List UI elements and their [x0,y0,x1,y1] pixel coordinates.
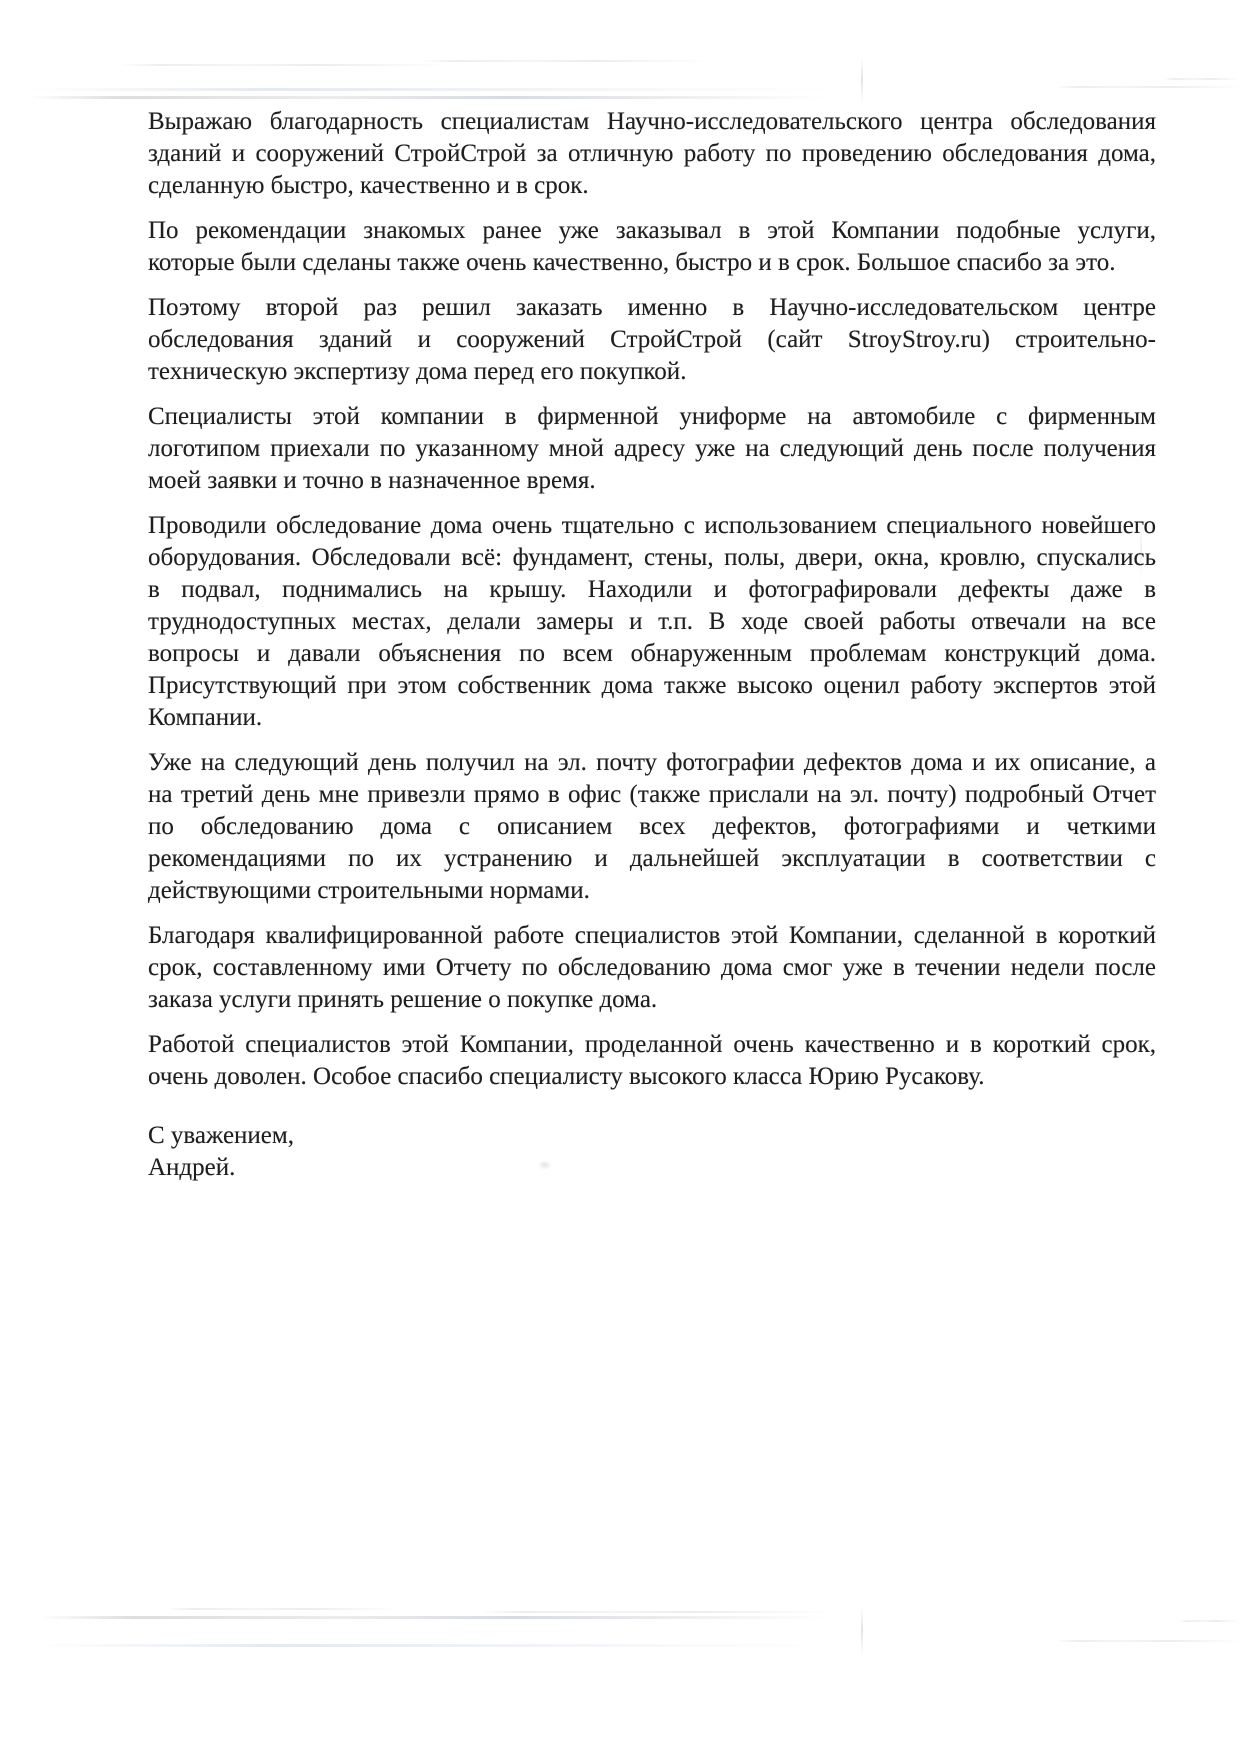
paragraph-recommendation: По рекомендации знакомых ранее уже заказ… [148,215,1156,279]
scanned-page: Выражаю благодарность специалистам Научн… [0,0,1240,1753]
text-line: действующими строительными нормами. [148,875,1156,907]
text-line: труднодоступных местах, делали замеры и … [148,606,1156,638]
text-line: Выражаю благодарность специалистам Научн… [148,106,1156,138]
letter-body: Выражаю благодарность специалистам Научн… [148,106,1156,1197]
text-line: По рекомендации знакомых ранее уже заказ… [148,215,1156,247]
scan-smudge [1180,1620,1240,1622]
text-line: срок, составленному ими Отчету по обслед… [148,952,1156,984]
paragraph-second-order: Поэтому второй раз решил заказать именно… [148,292,1156,388]
scan-smudge [1165,78,1240,80]
text-line: С уважением, [148,1120,1156,1152]
text-line: техническую экспертизу дома перед его по… [148,356,1156,388]
scan-smudge [420,60,710,62]
paragraph-final-thanks: Работой специалистов этой Компании, прод… [148,1029,1156,1093]
paragraph-report-delivery: Уже на следующий день получил на эл. поч… [148,747,1156,907]
closing-signature: С уважением,Андрей. [148,1120,1156,1184]
text-line: оборудования. Обследовали всё: фундамент… [148,542,1156,574]
text-line: Поэтому второй раз решил заказать именно… [148,292,1156,324]
text-line: рекомендациями по их устранению и дальне… [148,843,1156,875]
scan-smudge [120,64,450,66]
text-line: Андрей. [148,1152,1156,1184]
paragraph-gratitude: Выражаю благодарность специалистам Научн… [148,106,1156,202]
text-line: Проводили обследование дома очень тщател… [148,510,1156,542]
text-line: сделанную быстро, качественно и в срок. [148,170,1156,202]
text-line: в подвал, поднимались на крышу. Находили… [148,574,1156,606]
scan-smudge [165,1608,400,1610]
text-line: обследования зданий и сооружений СтройСт… [148,324,1156,356]
text-line: Присутствующий при этом собственник дома… [148,670,1156,702]
scan-smudge [28,96,828,99]
paragraph-decision: Благодаря квалифицированной работе специ… [148,920,1156,1016]
scan-smudge [1055,86,1240,88]
paragraph-specialists-arrival: Специалисты этой компании в фирменной ун… [148,401,1156,497]
scan-smudge [30,88,840,91]
text-line: логотипом приехали по указанному мной ад… [148,433,1156,465]
text-line: вопросы и давали объяснения по всем обна… [148,638,1156,670]
scan-smudge [861,1606,863,1654]
scan-smudge [35,1644,840,1647]
paragraph-inspection-process: Проводили обследование дома очень тщател… [148,510,1156,734]
scan-smudge [861,58,863,102]
scan-smudge [480,1611,835,1613]
text-line: Уже на следующий день получил на эл. поч… [148,747,1156,779]
text-line: очень доволен. Особое спасибо специалист… [148,1061,1156,1093]
text-line: моей заявки и точно в назначенное время. [148,465,1156,497]
scan-smudge [40,1616,830,1619]
text-line: зданий и сооружений СтройСтрой за отличн… [148,138,1156,170]
text-line: которые были сделаны также очень качеств… [148,247,1156,279]
text-line: Специалисты этой компании в фирменной ун… [148,401,1156,433]
text-line: Работой специалистов этой Компании, прод… [148,1029,1156,1061]
text-line: заказа услуги принять решение о покупке … [148,984,1156,1016]
text-line: Благодаря квалифицированной работе специ… [148,920,1156,952]
text-line: Компании. [148,702,1156,734]
text-line: по обследованию дома с описанием всех де… [148,811,1156,843]
scan-smudge [1055,1640,1240,1642]
text-line: на третий день мне привезли прямо в офис… [148,779,1156,811]
